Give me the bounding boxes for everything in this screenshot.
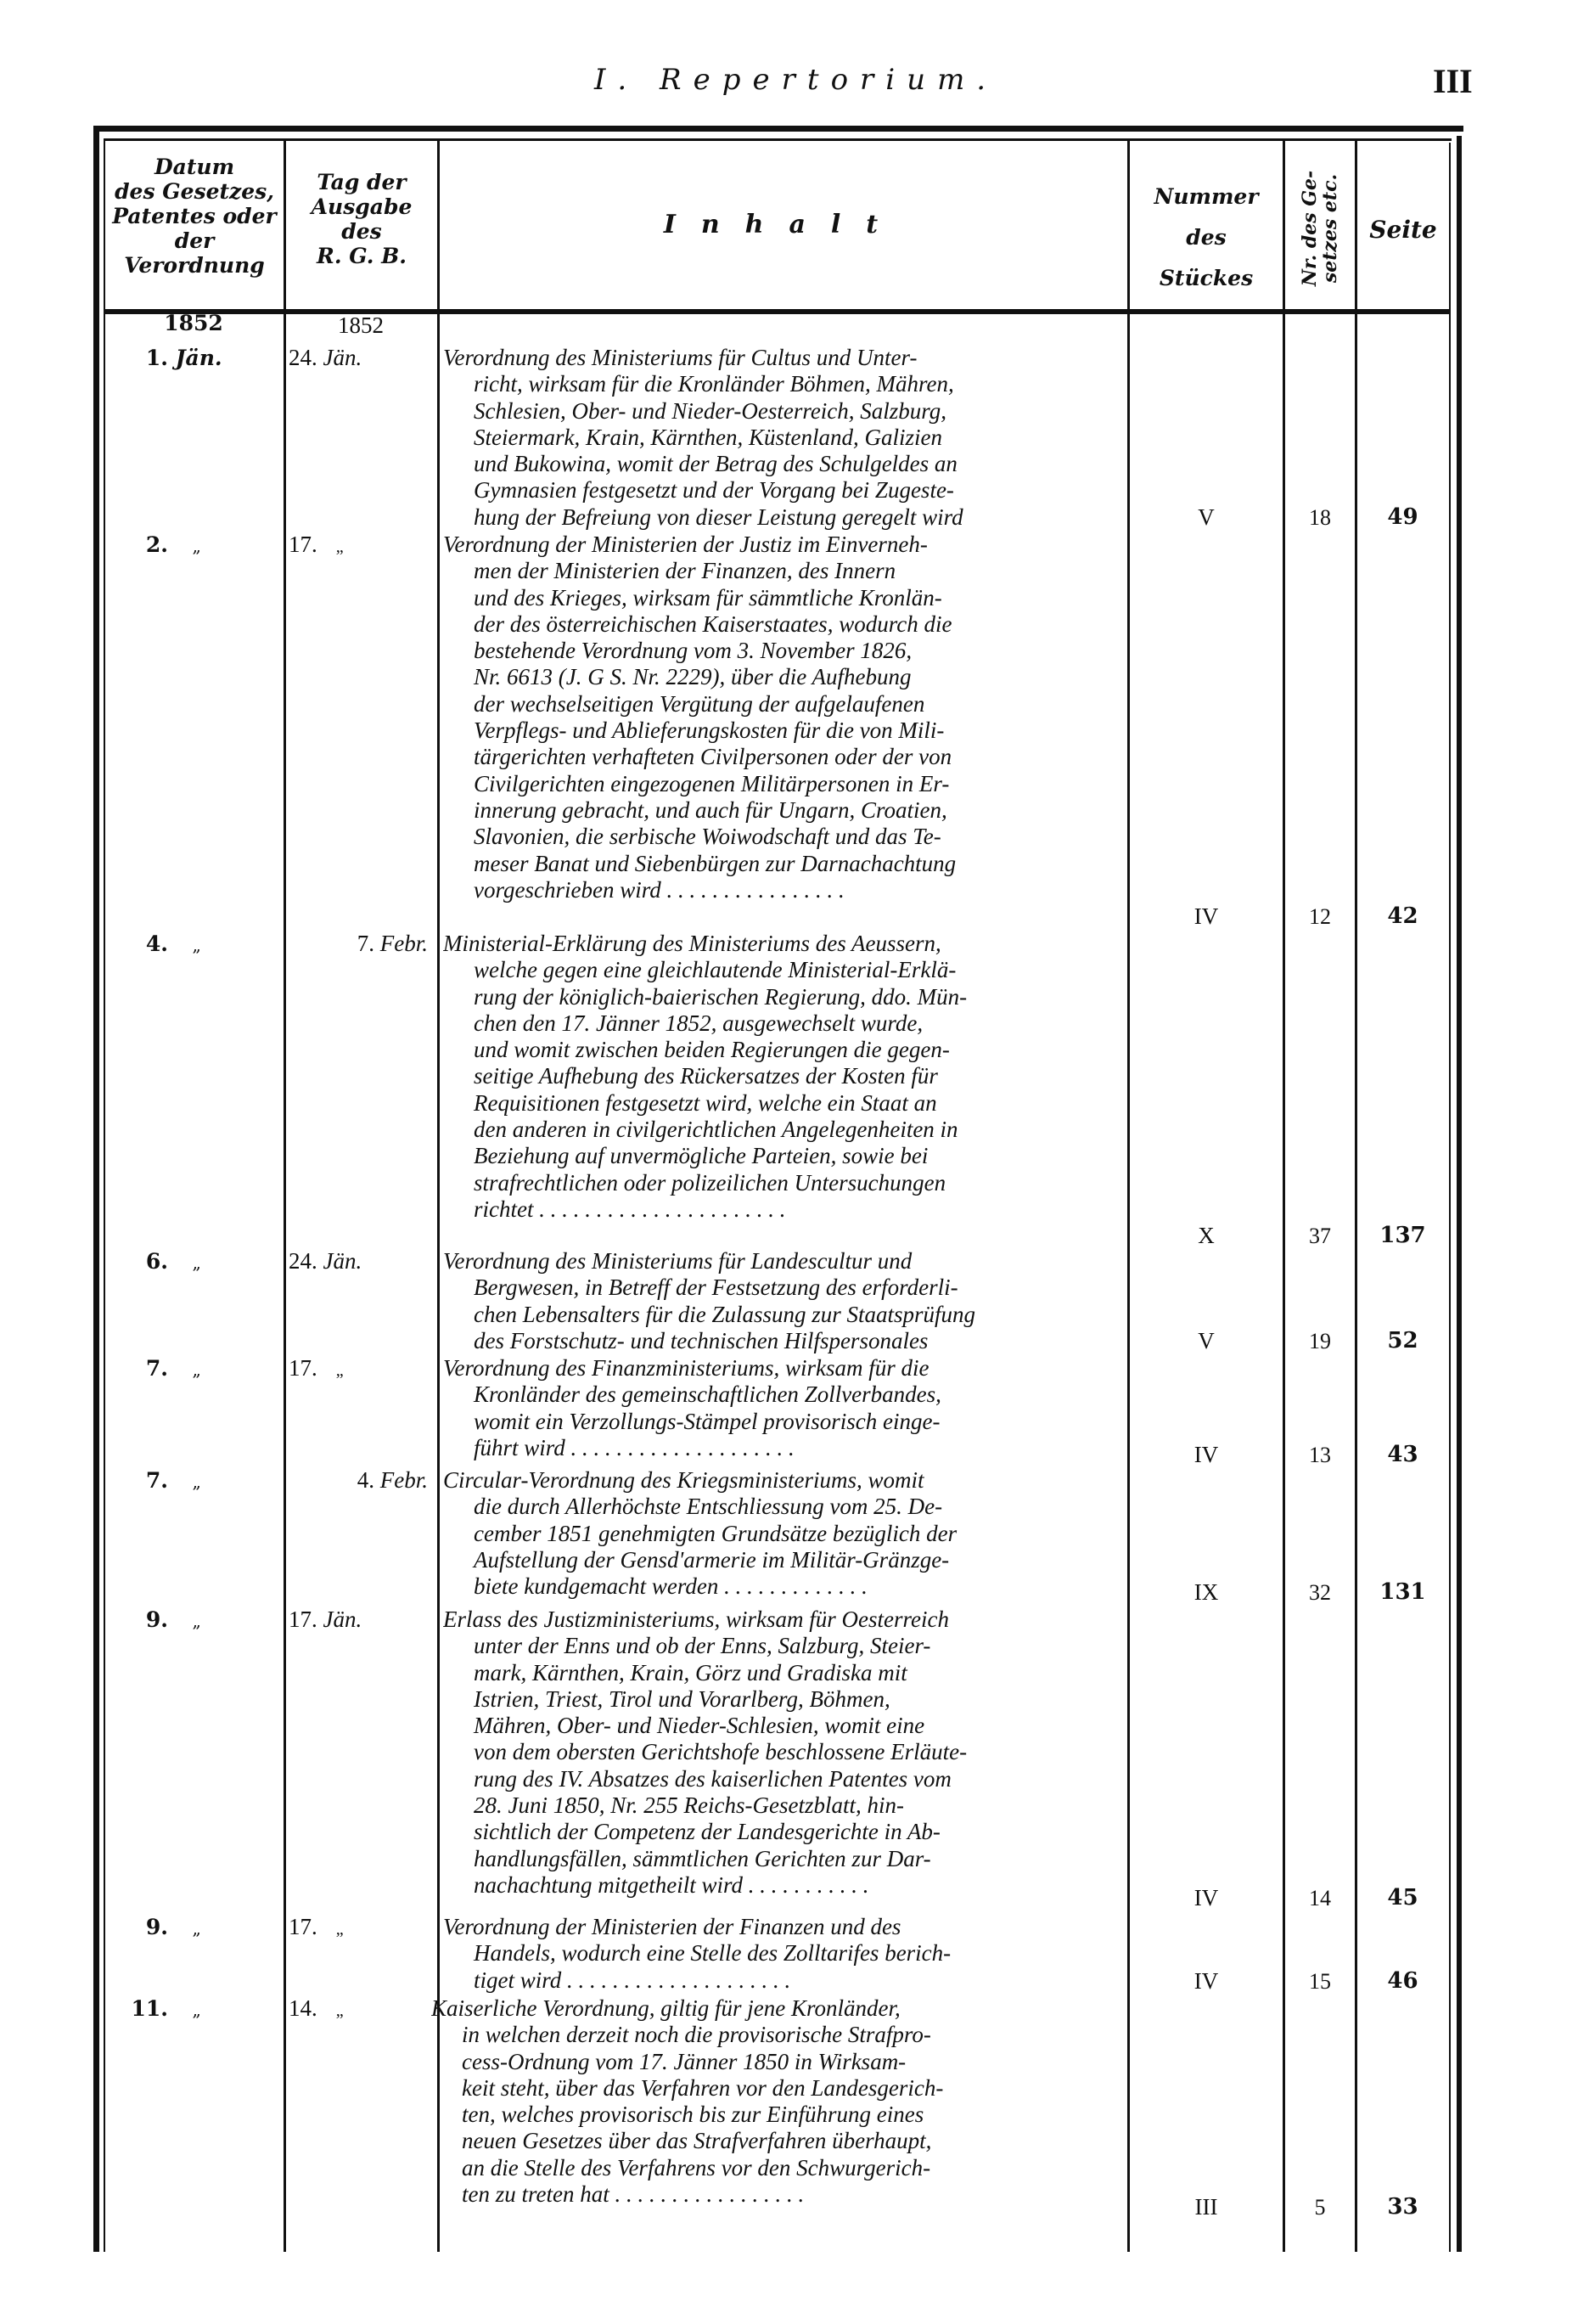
tag-cell: 17.„ [289, 1355, 433, 1384]
tag-day: 17. [289, 1914, 317, 1939]
inhalt-line: rung der königlich-baierischen Regierung… [443, 984, 1114, 1010]
inhalt-line: mark, Kärnthen, Krain, Görz und Gradiska… [443, 1660, 1114, 1686]
ditto-mark: „ [176, 1608, 218, 1635]
ditto-mark: „ [336, 2001, 344, 2020]
nr-cell: 18 [1286, 504, 1354, 531]
inhalt-cell: Erlass des Justizministeriums, wirksam f… [443, 1607, 1114, 1899]
inhalt-line: hung der Befreiung von dieser Leistung g… [443, 504, 1114, 531]
year-tag: 1852 [289, 312, 433, 339]
datum-day: 9. [109, 1607, 168, 1633]
tag-cell: 17. Jän. [289, 1607, 433, 1633]
inhalt-line: chen den 17. Jänner 1852, ausgewechselt … [443, 1010, 1114, 1037]
stueck-cell: III [1131, 2194, 1282, 2220]
table-left-thick-rule [93, 126, 99, 2252]
inhalt-line: womit ein Verzollungs-Stämpel provisoris… [443, 1409, 1114, 1435]
col-divider-nr-seite [1355, 140, 1357, 2252]
inhalt-line: richt, wirksam für die Kronländer Böhmen… [443, 371, 1114, 397]
inhalt-line: seitige Aufhebung des Rückersatzes der K… [443, 1063, 1114, 1089]
inhalt-line: nachachtung mitgetheilt wird . . . . . .… [443, 1872, 1114, 1899]
seite-link[interactable]: 42 [1358, 903, 1447, 930]
inhalt-line: rung des IV. Absatzes des kaiserlichen P… [443, 1766, 1114, 1792]
inhalt-line: Circular-Verordnung des Kriegsministeriu… [443, 1467, 1114, 1494]
datum-cell: 2. „ [109, 532, 278, 560]
inhalt-line: cess-Ordnung vom 17. Jänner 1850 in Wirk… [431, 2049, 1102, 2075]
header-nr-des-gesetzes: Nr. des Ge- setzes etc. [1300, 156, 1340, 301]
inhalt-line: neuen Gesetzes über das Strafverfahren ü… [431, 2128, 1102, 2154]
inhalt-line: Verpflegs- und Ablieferungskosten für di… [443, 717, 1114, 744]
tag-cell: 7. Febr. [289, 931, 428, 957]
seite-link[interactable]: 45 [1358, 1885, 1447, 1911]
inhalt-line: vorgeschrieben wird . . . . . . . . . . … [443, 877, 1114, 903]
datum-cell: 4. „ [109, 931, 278, 959]
inhalt-line: ten, welches provisorisch bis zur Einfüh… [431, 2102, 1102, 2128]
nr-cell: 14 [1286, 1885, 1354, 1911]
header-datum-line: der [107, 228, 282, 253]
year-datum: 1852 [109, 310, 278, 336]
header-tag-der-ausgabe: Tag der Ausgabe des R. G. B. [287, 170, 436, 268]
nr-cell: 19 [1286, 1328, 1354, 1354]
inhalt-line: Requisitionen festgesetzt wird, welche e… [443, 1090, 1114, 1117]
datum-day: 2. [109, 532, 168, 558]
seite-link[interactable]: 33 [1358, 2194, 1447, 2220]
tag-month: Jän. [323, 1607, 362, 1632]
ditto-mark: „ [176, 1250, 218, 1276]
page-number: III [1433, 61, 1473, 101]
ditto-mark: „ [176, 932, 218, 959]
stueck-cell: X [1131, 1223, 1282, 1249]
tag-month: Febr. [380, 1467, 428, 1493]
datum-day: 7. [109, 1467, 168, 1494]
nr-cell: 37 [1286, 1223, 1354, 1249]
tag-month: Febr. [380, 931, 428, 956]
inhalt-line: tiget wird . . . . . . . . . . . . . . .… [443, 1967, 1114, 1994]
inhalt-line: des Forstschutz- und technischen Hilfspe… [443, 1328, 1114, 1354]
header-nummer-line: Stückes [1131, 258, 1282, 299]
inhalt-line: biete kundgemacht werden . . . . . . . .… [443, 1573, 1114, 1600]
col-divider-nummer-nr [1283, 140, 1285, 2252]
stueck-cell: IV [1131, 1885, 1282, 1911]
inhalt-line: Verordnung des Ministeriums für Cultus u… [443, 345, 1114, 371]
datum-day: 11. [109, 1995, 168, 2022]
inhalt-line: führt wird . . . . . . . . . . . . . . .… [443, 1435, 1114, 1461]
inhalt-line: men der Ministerien der Finanzen, des In… [443, 558, 1114, 584]
inhalt-cell: Verordnung der Ministerien der Justiz im… [443, 532, 1114, 903]
inhalt-line: und des Krieges, wirksam für sämmtliche … [443, 585, 1114, 611]
inhalt-line: keit steht, über das Verfahren vor den L… [431, 2075, 1102, 2102]
seite-link[interactable]: 46 [1358, 1968, 1447, 1995]
inhalt-line: Steiermark, Krain, Kärnthen, Küstenland,… [443, 425, 1114, 451]
header-nummer-des-stueckes: Nummer des Stückes [1131, 177, 1282, 299]
inhalt-line: Slavonien, die serbische Woiwodschaft un… [443, 824, 1114, 850]
datum-day: 4. [109, 931, 168, 957]
inhalt-line: chen Lebensalters für die Zulassung zur … [443, 1302, 1114, 1328]
inhalt-cell: Ministerial-Erklärung des Ministeriums d… [443, 931, 1114, 1223]
stueck-cell: IV [1131, 1442, 1282, 1468]
table-left-thin-rule [104, 138, 105, 2252]
table-right-thick-rule [1457, 136, 1462, 2252]
ditto-mark: „ [176, 1916, 218, 1942]
ditto-mark: „ [336, 1920, 344, 1939]
inhalt-line: Nr. 6613 (J. G S. Nr. 2229), über die Au… [443, 664, 1114, 690]
inhalt-line: und womit zwischen beiden Regierungen di… [443, 1037, 1114, 1063]
datum-month: Jän. [176, 346, 222, 370]
inhalt-cell: Verordnung des Finanzministeriums, wirks… [443, 1355, 1114, 1461]
datum-cell: 7. „ [109, 1355, 278, 1383]
header-tag-line: Tag der [287, 170, 436, 194]
datum-cell: 7. „ [109, 1467, 278, 1495]
inhalt-cell: Circular-Verordnung des Kriegsministeriu… [443, 1467, 1114, 1600]
header-nummer-line: Nummer [1131, 177, 1282, 217]
seite-link[interactable]: 52 [1358, 1328, 1447, 1354]
tag-day: 17. [289, 1355, 317, 1381]
nr-cell: 15 [1286, 1968, 1354, 1995]
datum-cell: 1. Jän. [109, 345, 278, 371]
inhalt-line: Bergwesen, in Betreff der Festsetzung de… [443, 1275, 1114, 1301]
tag-cell: 4. Febr. [289, 1467, 428, 1494]
nr-cell: 12 [1286, 903, 1354, 930]
inhalt-line: 28. Juni 1850, Nr. 255 Reichs-Gesetzblat… [443, 1792, 1114, 1819]
inhalt-line: Kaiserliche Verordnung, giltig für jene … [431, 1995, 1102, 2022]
tag-day: 17. [289, 1607, 317, 1632]
inhalt-line: welche gegen eine gleichlautende Ministe… [443, 957, 1114, 983]
inhalt-line: Verordnung der Ministerien der Finanzen … [443, 1914, 1114, 1940]
seite-link[interactable]: 43 [1358, 1442, 1447, 1468]
tag-day: 17. [289, 532, 317, 557]
inhalt-line: richtet . . . . . . . . . . . . . . . . … [443, 1196, 1114, 1223]
tag-cell: 24. Jän. [289, 345, 433, 371]
inhalt-line: an die Stelle des Verfahrens vor den Sch… [431, 2155, 1102, 2181]
ditto-mark: „ [336, 537, 344, 556]
inhalt-line: Verordnung des Ministeriums für Landescu… [443, 1248, 1114, 1275]
seite-link[interactable]: 131 [1358, 1579, 1447, 1606]
inhalt-line: innerung gebracht, und auch für Ungarn, … [443, 797, 1114, 824]
inhalt-line: handlungsfällen, sämmtlichen Gerichten z… [443, 1846, 1114, 1872]
tag-month: Jän. [323, 345, 362, 370]
tag-day: 24. [289, 345, 317, 370]
col-divider-tag-inhalt [437, 140, 440, 2252]
inhalt-line: bestehende Verordnung vom 3. November 18… [443, 638, 1114, 664]
inhalt-line: Gymnasien festgesetzt und der Vorgang be… [443, 477, 1114, 504]
inhalt-line: Mähren, Ober- und Nieder-Schlesien, womi… [443, 1713, 1114, 1739]
inhalt-line: Schlesien, Ober- und Nieder-Oesterreich,… [443, 398, 1114, 425]
header-inhalt: Inhalt [441, 212, 1126, 237]
inhalt-line: von dem obersten Gerichtshofe beschlosse… [443, 1739, 1114, 1765]
stueck-cell: IV [1131, 1968, 1282, 1995]
inhalt-cell: Verordnung des Ministeriums für Landescu… [443, 1248, 1114, 1354]
inhalt-cell: Kaiserliche Verordnung, giltig für jene … [431, 1995, 1102, 2208]
header-nr-line: Nr. des Ge- [1300, 156, 1320, 301]
datum-cell: 9. „ [109, 1914, 278, 1942]
tag-day: 7. [357, 931, 374, 956]
inhalt-line: unter der Enns und ob der Enns, Salzburg… [443, 1633, 1114, 1659]
ditto-mark: „ [176, 1357, 218, 1383]
header-datum-line: Patentes oder [107, 204, 282, 228]
header-seite: Seite [1358, 217, 1448, 242]
table-top-thin-rule [104, 138, 1452, 141]
inhalt-line: Beziehung auf unvermögliche Parteien, so… [443, 1143, 1114, 1169]
seite-link[interactable]: 49 [1358, 504, 1447, 531]
tag-day: 24. [289, 1248, 317, 1274]
datum-day: 6. [109, 1248, 168, 1275]
table-top-thick-rule [93, 126, 1463, 132]
tag-day: 14. [289, 1995, 317, 2021]
header-datum: Datum des Gesetzes, Patentes oder der Ve… [107, 155, 282, 278]
datum-day: 9. [109, 1914, 168, 1940]
tag-cell: 14.„ [289, 1995, 433, 2024]
datum-day: 1. [109, 345, 168, 371]
inhalt-line: meser Banat und Siebenbürgen zur Darnach… [443, 851, 1114, 877]
inhalt-line: Erlass des Justizministeriums, wirksam f… [443, 1607, 1114, 1633]
inhalt-line: Verordnung des Finanzministeriums, wirks… [443, 1355, 1114, 1381]
stueck-cell: IX [1131, 1579, 1282, 1606]
inhalt-cell: Verordnung des Ministeriums für Cultus u… [443, 345, 1114, 531]
inhalt-line: und Bukowina, womit der Betrag des Schul… [443, 451, 1114, 477]
inhalt-line: strafrechtlichen oder polizeilichen Unte… [443, 1170, 1114, 1196]
stueck-cell: V [1131, 504, 1282, 531]
inhalt-line: Verordnung der Ministerien der Justiz im… [443, 532, 1114, 558]
header-datum-line: Verordnung [107, 253, 282, 278]
ditto-mark: „ [176, 1469, 218, 1495]
inhalt-line: der wechselseitigen Vergütung der aufgel… [443, 691, 1114, 717]
inhalt-line: sichtlich der Competenz der Landesgerich… [443, 1819, 1114, 1845]
tag-day: 4. [357, 1467, 374, 1493]
table-right-thin-rule [1449, 143, 1451, 2252]
tag-cell: 24. Jän. [289, 1248, 433, 1275]
ditto-mark: „ [176, 1997, 218, 2023]
inhalt-line: Handels, wodurch eine Stelle des Zolltar… [443, 1940, 1114, 1967]
inhalt-line: ten zu treten hat . . . . . . . . . . . … [431, 2181, 1102, 2208]
header-tag-line: R. G. B. [287, 244, 436, 268]
ditto-mark: „ [176, 533, 218, 560]
tag-cell: 17.„ [289, 1914, 433, 1943]
datum-cell: 11. „ [109, 1995, 278, 2023]
stueck-cell: V [1131, 1328, 1282, 1354]
inhalt-line: cember 1851 genehmigten Grundsätze bezüg… [443, 1521, 1114, 1547]
header-datum-line: Datum [107, 155, 282, 179]
stueck-cell: IV [1131, 903, 1282, 930]
header-tag-line: des [287, 219, 436, 244]
header-tag-line: Ausgabe [287, 194, 436, 219]
running-title: I. Repertorium. [594, 63, 997, 97]
tag-month: Jän. [323, 1248, 362, 1274]
datum-cell: 6. „ [109, 1248, 278, 1276]
header-datum-line: des Gesetzes, [107, 179, 282, 204]
inhalt-line: die durch Allerhöchste Entschliessung vo… [443, 1494, 1114, 1520]
col-divider-inhalt-nummer [1127, 140, 1130, 2252]
seite-link[interactable]: 137 [1358, 1223, 1447, 1249]
inhalt-cell: Verordnung der Ministerien der Finanzen … [443, 1914, 1114, 1994]
inhalt-line: Istrien, Triest, Tirol und Vorarlberg, B… [443, 1686, 1114, 1713]
inhalt-line: Ministerial-Erklärung des Ministeriums d… [443, 931, 1114, 957]
datum-cell: 9. „ [109, 1607, 278, 1635]
col-divider-datum-tag [284, 140, 286, 2252]
inhalt-line: der des österreichischen Kaiserstaates, … [443, 611, 1114, 638]
tag-cell: 17.„ [289, 532, 433, 560]
inhalt-line: Kronländer des gemeinschaftlichen Zollve… [443, 1381, 1114, 1408]
header-nr-line: setzes etc. [1320, 156, 1340, 301]
datum-day: 7. [109, 1355, 168, 1381]
nr-cell: 32 [1286, 1579, 1354, 1606]
inhalt-line: tärgerichten verhafteten Civilpersonen o… [443, 744, 1114, 770]
inhalt-line: Aufstellung der Gensd'armerie im Militär… [443, 1547, 1114, 1573]
inhalt-line: Civilgerichten eingezogenen Militärperso… [443, 771, 1114, 797]
inhalt-line: den anderen in civilgerichtlichen Angele… [443, 1117, 1114, 1143]
header-nummer-line: des [1131, 217, 1282, 258]
nr-cell: 5 [1286, 2194, 1354, 2220]
ditto-mark: „ [336, 1361, 344, 1380]
inhalt-line: in welchen derzeit noch die provisorisch… [431, 2022, 1102, 2048]
nr-cell: 13 [1286, 1442, 1354, 1468]
